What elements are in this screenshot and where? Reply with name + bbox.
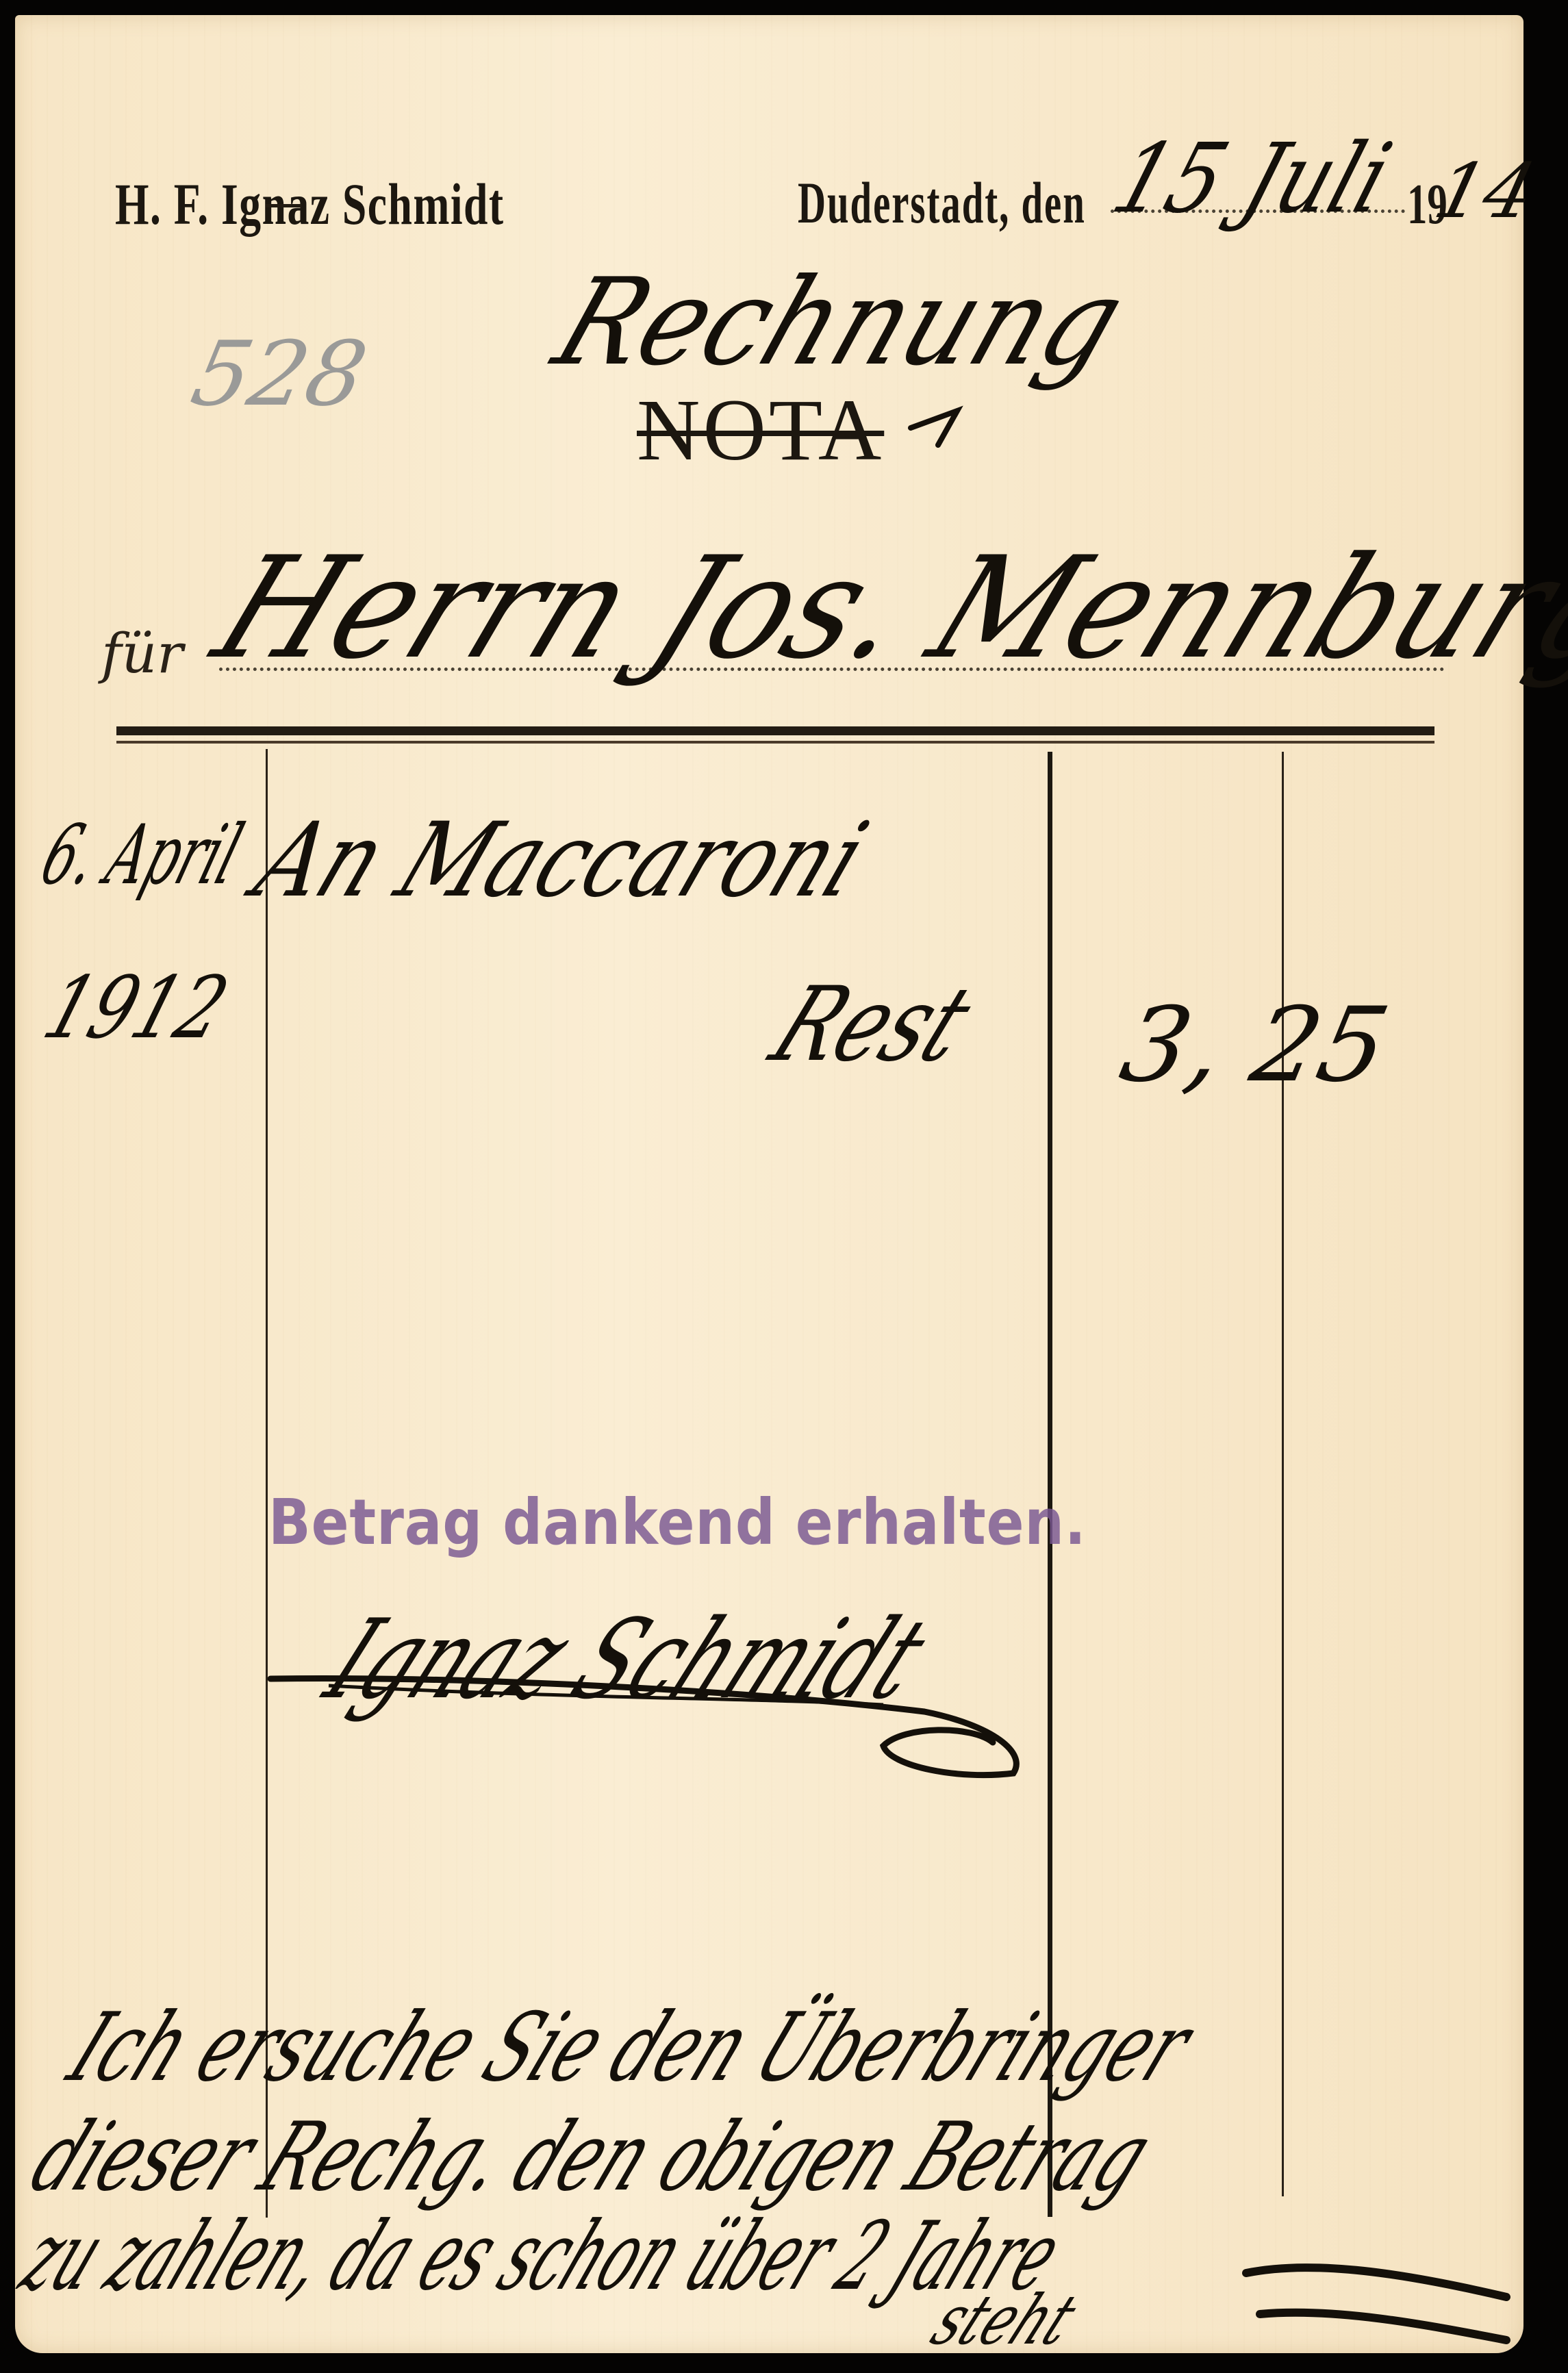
footer-note-line-2: dieser Rechg. den obigen Betrag <box>16 2102 1167 2212</box>
footer-note-line-3: zu zahlen, da es schon über 2 Jahre <box>5 2201 1078 2311</box>
footer-note-line-1: Ich ersuche Sie den Überbringer <box>53 1992 1208 2103</box>
